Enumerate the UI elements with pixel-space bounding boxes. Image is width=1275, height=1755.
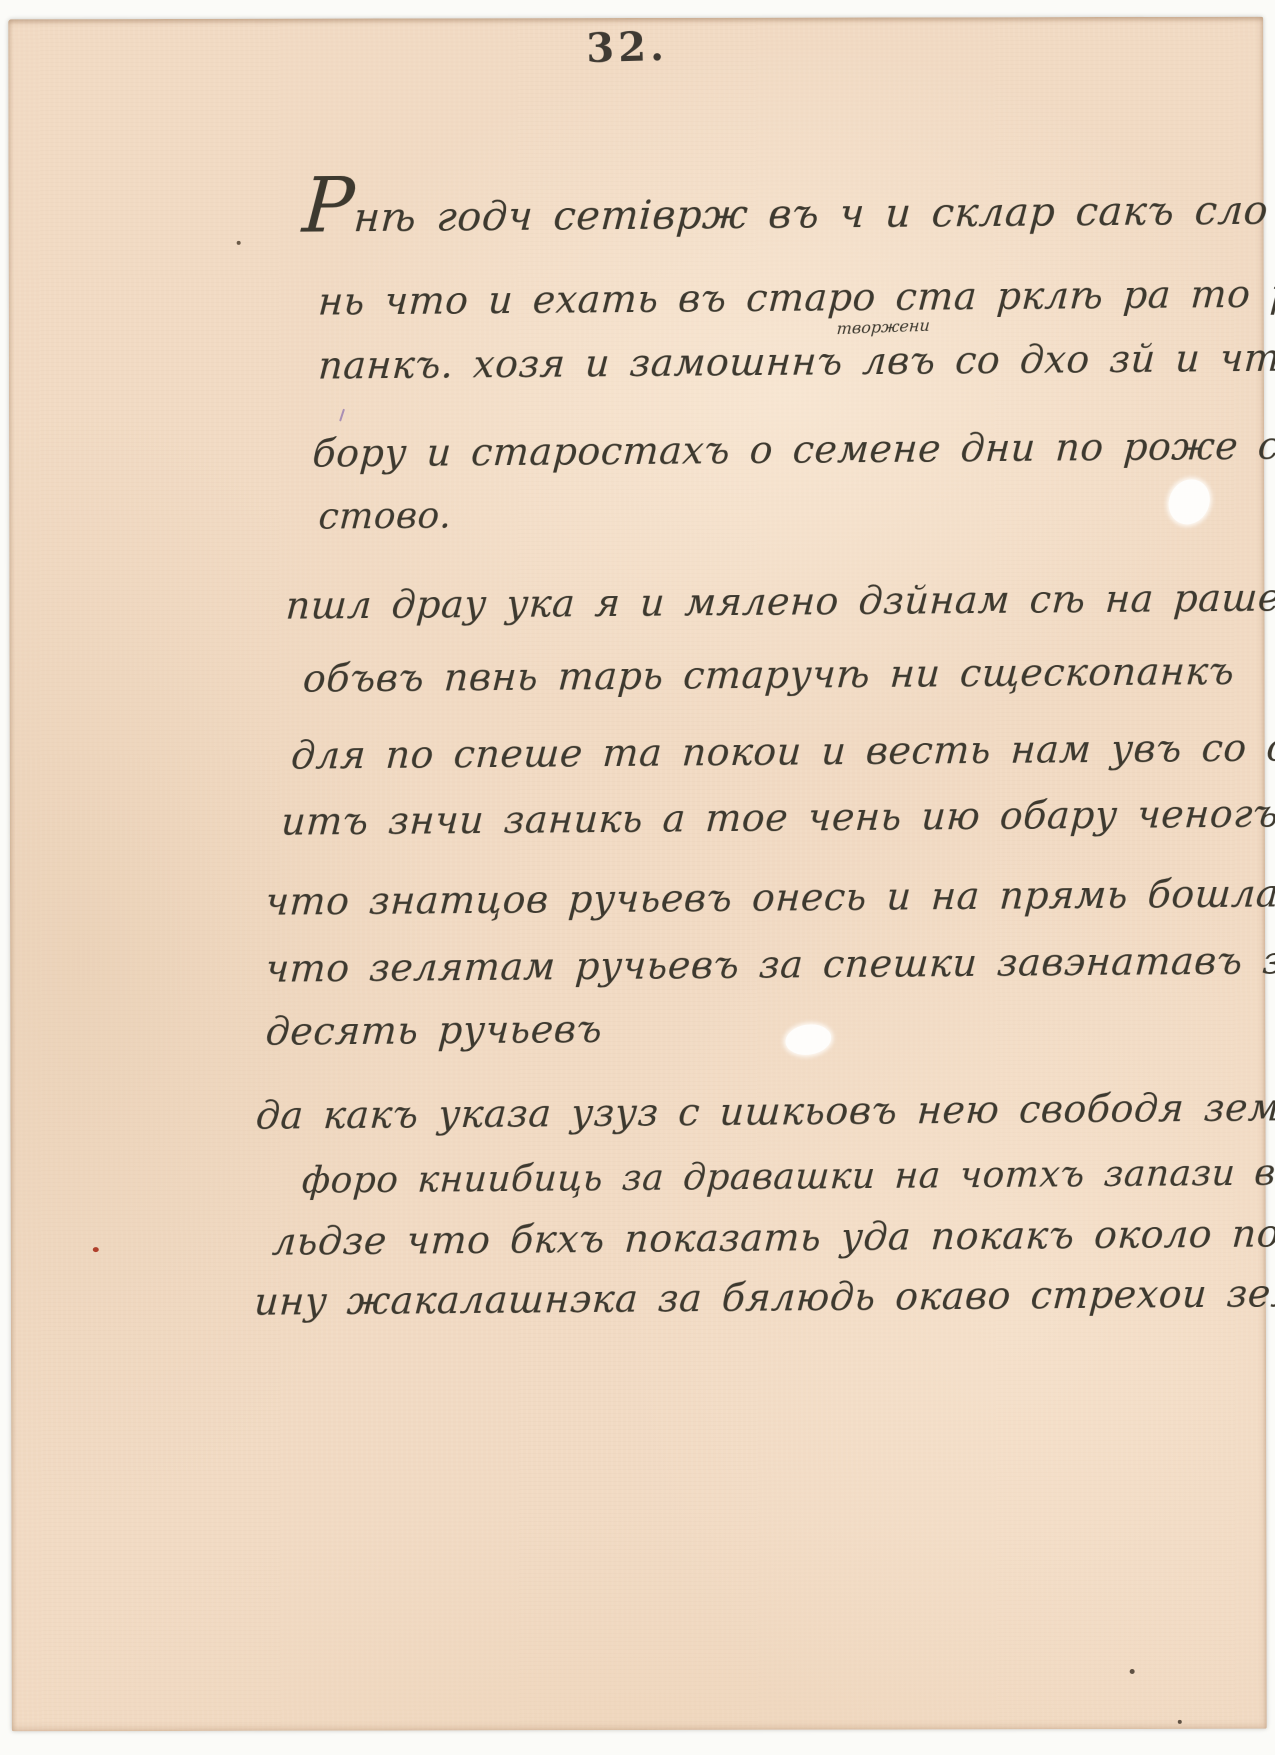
speck [93,1247,99,1252]
handwritten-line: десять ручьевъ [264,1008,603,1054]
handwritten-line: для по спеше та покои и весть нам увъ со… [290,726,1275,779]
handwritten-line: итъ знчи заникь а тое чень ию обару чено… [280,793,1275,845]
speck [1130,1669,1135,1674]
handwritten-line: ину жакалашнэка за бялюдь окаво стрехои … [253,1271,1275,1325]
handwritten-line: бору и старостахъ о семене дни по роже с… [311,424,1275,477]
handwritten-line: нь что и ехать въ старо ста рклѣ ра то р… [317,270,1275,324]
handwritten-line: объвъ пвнь тарь старучѣ ни сщескопанкъ [302,650,1236,701]
handwritten-line: стово. [317,496,453,538]
handwritten-line: пшл драу ука я и мялено дзйнам сѣ на раш… [284,575,1275,628]
speck [237,241,241,245]
handwritten-line: что зелятам ручьевъ за спешки завэнатавъ… [264,939,1275,992]
speck [1178,1720,1182,1724]
handwritten-line: что знатцов ручьевъ онесь и на прямь бош… [264,872,1275,925]
handwritten-line: льдзе что бкхъ показать уда покакъ около… [271,1212,1275,1265]
handwritten-line: панкъ. хозя и замошннъ лвъ со дхо зй и ч… [317,336,1275,388]
page-number: 32. [586,23,669,72]
interlinear-insertion: творжени [836,316,930,338]
damage-spot [1161,473,1217,532]
damage-spot [783,1022,833,1058]
speck [339,409,345,422]
manuscript-page: 32. Рнѣ годч сетіврж въ ч и склар сакъ с… [8,17,1267,1732]
handwritten-line: Рнѣ годч сетіврж въ ч и склар сакъ сло с… [301,186,1275,242]
handwritten-line: форо книибиць за дравашки на чотхъ запаз… [301,1152,1275,1203]
handwritten-line: да какъ указа узуз с ишкьовъ нею свободя… [255,1086,1275,1139]
